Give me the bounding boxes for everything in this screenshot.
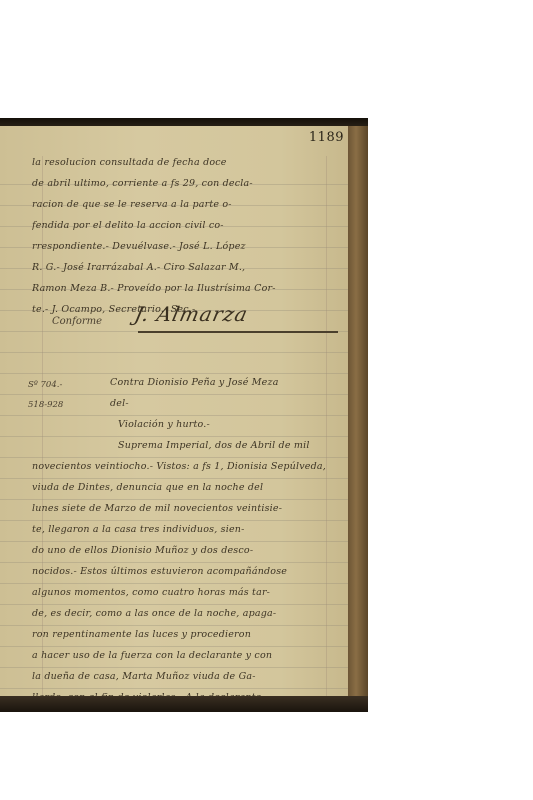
handwritten-line: R. G.- José Irarrázabal A.- Ciro Salazar… bbox=[32, 262, 327, 274]
body-line: novecientos veintiocho.- Vistos: a fs 1,… bbox=[32, 461, 327, 473]
body-line: lunes siete de Marzo de mil novecientos … bbox=[32, 503, 327, 515]
scan-bottom-edge bbox=[0, 696, 368, 712]
conforme-label: Conforme bbox=[52, 316, 102, 327]
ruled-line bbox=[0, 457, 350, 458]
ruled-line bbox=[0, 352, 350, 353]
margin-note-case-number: Sº 704.- bbox=[28, 380, 88, 390]
handwritten-line: fendida por el delito la accion civil co… bbox=[32, 220, 327, 232]
ruled-line bbox=[0, 415, 350, 416]
handwritten-line: de abril ultimo, corriente a fs 29, con … bbox=[32, 178, 327, 190]
handwritten-line: Ramon Meza B.- Proveído por la Ilustrísi… bbox=[32, 283, 327, 295]
body-line: a hacer uso de la fuerza con la declaran… bbox=[32, 650, 327, 662]
ruled-line bbox=[0, 667, 350, 668]
ledger-page: 1189 la resolucion consultada de fecha d… bbox=[0, 126, 350, 706]
ruled-line bbox=[0, 436, 350, 437]
ruled-line bbox=[0, 394, 350, 395]
body-line: viuda de Dintes, denuncia que en la noch… bbox=[32, 482, 327, 494]
body-line: algunos momentos, como cuatro horas más … bbox=[32, 587, 327, 599]
body-line: ron repentinamente las luces y procedier… bbox=[32, 629, 327, 641]
handwritten-line: rrespondiente.- Devuélvase.- José L. Lóp… bbox=[32, 241, 327, 253]
handwritten-line: racion de que se le reserva a la parte o… bbox=[32, 199, 327, 211]
book-binding-edge bbox=[348, 126, 368, 701]
ruled-line bbox=[0, 583, 350, 584]
ruled-line bbox=[0, 541, 350, 542]
body-line: do uno de ellos Dionisio Muñoz y dos des… bbox=[32, 545, 327, 557]
case-heading-continued: del- bbox=[110, 398, 330, 410]
ruled-line bbox=[0, 625, 350, 626]
ruled-line bbox=[0, 688, 350, 689]
ruled-line bbox=[0, 499, 350, 500]
ruled-line bbox=[0, 562, 350, 563]
body-line: de, es decir, como a las once de la noch… bbox=[32, 608, 327, 620]
signature-underline bbox=[138, 331, 338, 333]
case-heading-parties: Contra Dionisio Peña y José Meza bbox=[110, 377, 330, 389]
body-line: la dueña de casa, Marta Muñoz viuda de G… bbox=[32, 671, 327, 683]
ruled-line bbox=[0, 646, 350, 647]
handwritten-line: la resolucion consultada de fecha doce bbox=[32, 157, 327, 169]
ruled-line bbox=[0, 478, 350, 479]
ruled-line bbox=[0, 604, 350, 605]
body-line: nocidos.- Estos últimos estuvieron acomp… bbox=[32, 566, 327, 578]
body-line: te, llegaron a la casa tres individuos, … bbox=[32, 524, 327, 536]
margin-note-reference: 518-928 bbox=[28, 400, 88, 410]
ruled-line bbox=[0, 373, 350, 374]
page-number: 1189 bbox=[309, 130, 344, 145]
body-line: Suprema Imperial, dos de Abril de mil bbox=[118, 440, 328, 452]
ruled-line bbox=[0, 520, 350, 521]
signature: J. Almarza bbox=[132, 302, 250, 326]
scanned-page: 1189 la resolucion consultada de fecha d… bbox=[0, 118, 368, 712]
case-heading-crime: Violación y hurto.- bbox=[118, 419, 318, 431]
